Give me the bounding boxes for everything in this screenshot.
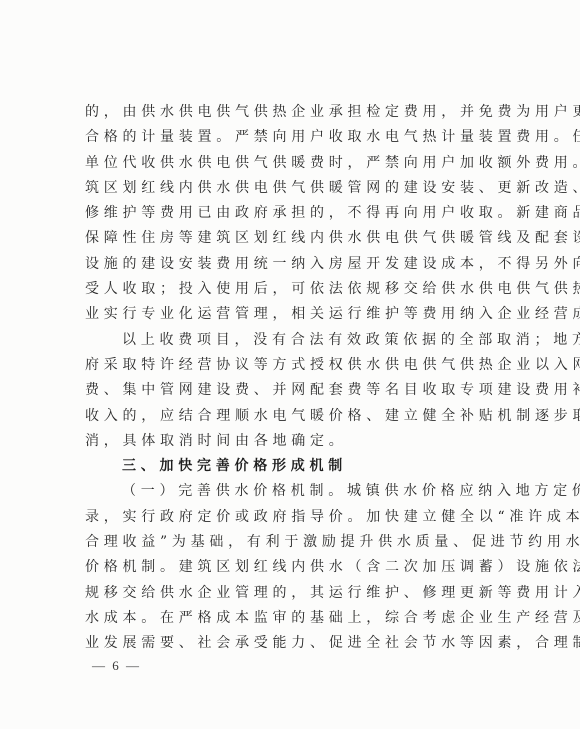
text-line: 的，由供水供电供气供热企业承担检定费用，并免费为用户更换 (85, 100, 501, 125)
text-line: 费、集中管网建设费、并网配套费等名目收取专项建设费用补偿 (85, 378, 501, 403)
text-line: 单位代收供水供电供气供暖费时，严禁向用户加收额外费用。建 (85, 151, 501, 176)
text-line: 业实行专业化运营管理，相关运行维护等费用纳入企业经营成本。 (85, 302, 501, 327)
subsection-start-line: （一）完善供水价格机制。城镇供水价格应纳入地方定价目 (85, 479, 501, 504)
paragraph-start-line: 以上收费项目，没有合法有效政策依据的全部取消；地方政 (85, 328, 501, 353)
text-line: 合理收益”为基础，有利于激励提升供水质量、促进节约用水的 (85, 530, 501, 555)
text-line: 府采取特许经营协议等方式授权供水供电供气供热企业以入网 (85, 353, 501, 378)
text-line: 收入的，应结合理顺水电气暖价格、建立健全补贴机制逐步取 (85, 404, 501, 429)
text-line: 保障性住房等建筑区划红线内供水供电供气供暖管线及配套设备 (85, 226, 501, 251)
page-number: — 6 — (92, 658, 141, 674)
text-line: 修维护等费用已由政府承担的，不得再向用户收取。新建商品房、 (85, 201, 501, 226)
text-line: 水成本。在严格成本监审的基础上，综合考虑企业生产经营及行 (85, 606, 501, 631)
text-line: 设施的建设安装费用统一纳入房屋开发建设成本，不得另外向买 (85, 252, 501, 277)
text-line: 消，具体取消时间由各地确定。 (85, 429, 501, 454)
text-line: 合格的计量装置。严禁向用户收取水电气热计量装置费用。任何 (85, 125, 501, 150)
body-text: 的，由供水供电供气供热企业承担检定费用，并免费为用户更换 合格的计量装置。严禁向… (85, 100, 501, 657)
document-page: 的，由供水供电供气供热企业承担检定费用，并免费为用户更换 合格的计量装置。严禁向… (0, 0, 580, 729)
text-line: 录，实行政府定价或政府指导价。加快建立健全以“准许成本加 (85, 505, 501, 530)
text-line: 业发展需要、社会承受能力、促进全社会节水等因素，合理制定 (85, 631, 501, 656)
section-heading: 三、加快完善价格形成机制 (85, 454, 501, 479)
text-line: 价格机制。建筑区划红线内供水（含二次加压调蓄）设施依法依 (85, 555, 501, 580)
text-line: 规移交给供水企业管理的，其运行维护、修理更新等费用计入供 (85, 581, 501, 606)
text-line: 筑区划红线内供水供电供气供暖管网的建设安装、更新改造、维 (85, 176, 501, 201)
text-line: 受人收取；投入使用后，可依法依规移交给供水供电供气供热企 (85, 277, 501, 302)
